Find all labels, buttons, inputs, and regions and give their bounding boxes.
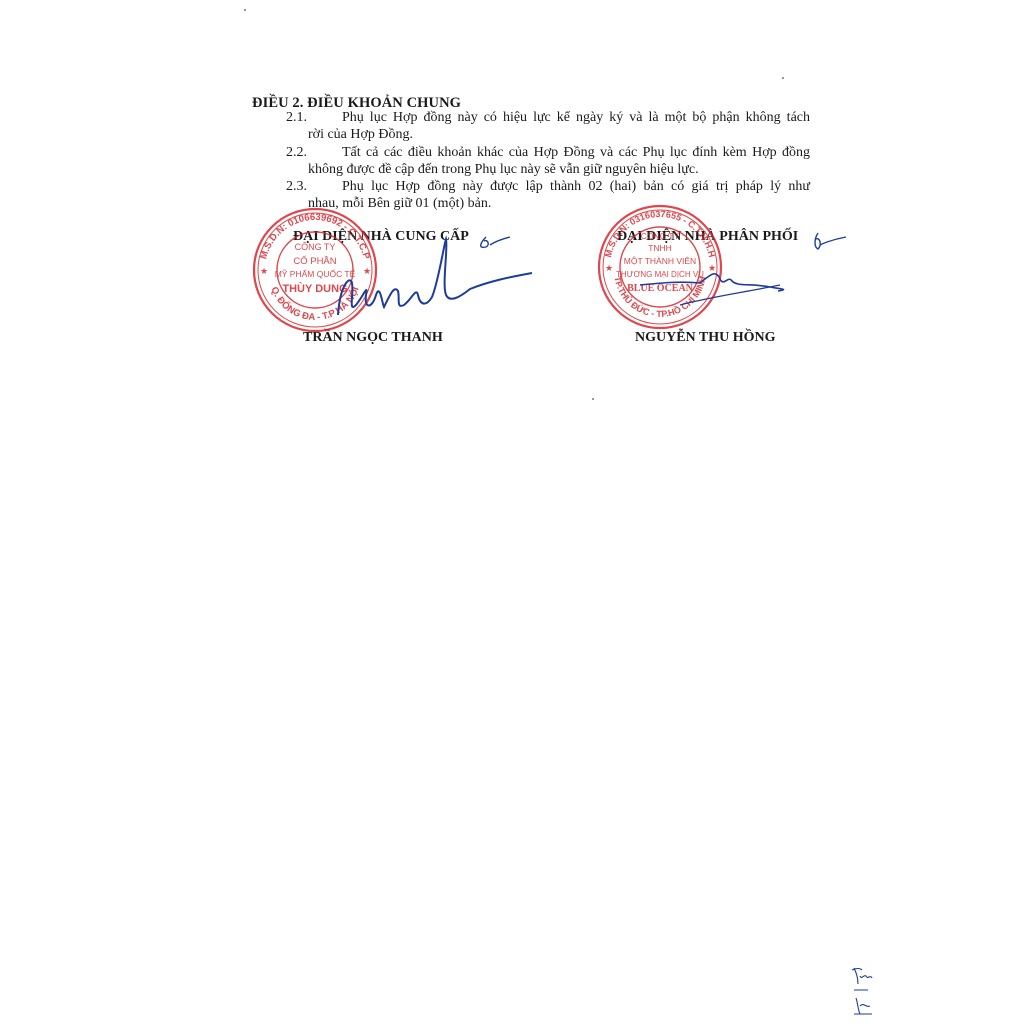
clause-text-line1: Tất cả các điều khoản khác của Hợp Đồng …: [254, 145, 810, 162]
page-initials: [848, 962, 878, 1022]
distributor-handwritten-signature: [620, 225, 860, 315]
clause-text-line1: Phụ lục Hợp đồng này được lập thành 02 (…: [254, 179, 810, 196]
distributor-signatory-name: NGUYỄN THU HỒNG: [635, 330, 776, 346]
svg-text:★: ★: [260, 266, 268, 276]
clause-number: 2.2.: [286, 145, 307, 162]
clause-text-line2: không được đề cập đến trong Phụ lục này …: [254, 162, 810, 179]
scan-speck: [244, 9, 246, 11]
clause-text-line1: Phụ lục Hợp đồng này có hiệu lực kể ngày…: [254, 110, 810, 127]
clause-number: 2.3.: [286, 179, 307, 196]
scan-speck: [592, 398, 594, 400]
clause-2-2: 2.2. Tất cả các điều khoản khác của Hợp …: [254, 145, 810, 179]
supplier-handwritten-signature: [320, 225, 540, 325]
clause-2-1: 2.1. Phụ lục Hợp đồng này có hiệu lực kể…: [254, 110, 810, 144]
scan-speck: [782, 77, 784, 79]
svg-text:★: ★: [605, 263, 613, 273]
contract-appendix-page: ĐIỀU 2. ĐIỀU KHOẢN CHUNG 2.1. Phụ lục Hợ…: [0, 0, 1024, 1024]
clause-number: 2.1.: [286, 110, 307, 127]
clause-text-line2: rời của Hợp Đồng.: [254, 127, 810, 144]
